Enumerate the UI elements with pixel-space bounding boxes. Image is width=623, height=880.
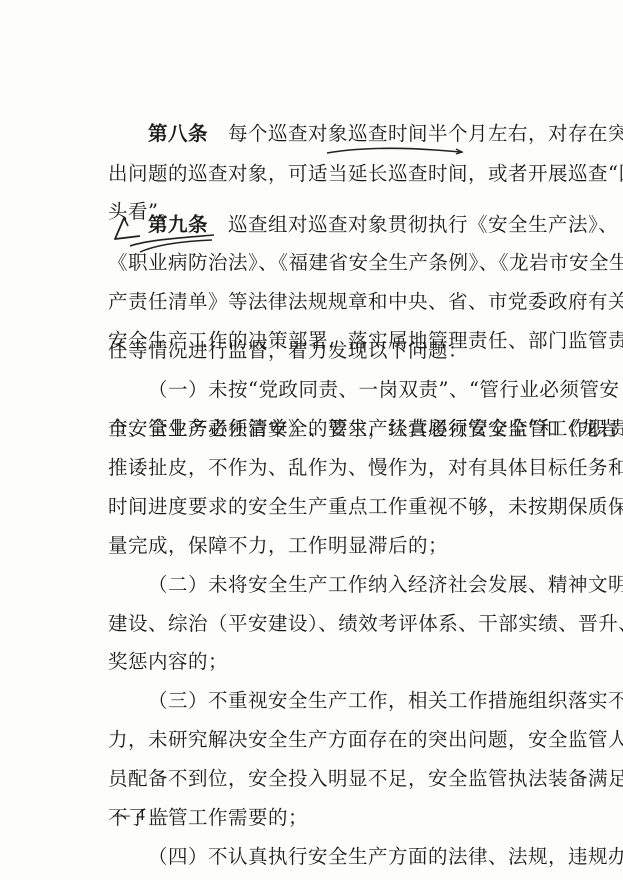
article-9-line-5: 任等情况进行监督，着力发现以下问题： [108,339,556,363]
article-9-line-2: 《职业病防治法》、《福建省安全生产条例》、《龙岩市安全生 [108,251,556,275]
page-number: — 4 — [113,804,169,826]
article-9-line-1: 第九条巡查组对巡查对象贯彻执行《安全生产法》、 [148,213,556,237]
item-3-line-4: 不了监管工作需要的； [108,806,556,830]
article-8-heading: 第八条 [148,122,208,145]
article-9-heading: 第九条 [148,213,208,236]
item-1-line-1: （一）未按“党政同责、一岗双责”、“管行业必须管安 [148,378,556,402]
article-8-line-2: 出问题的巡查对象，可适当延长巡查时间，或者开展巡查“回 [108,162,556,186]
item-1-line-4: 推诿扯皮，不作为、乱作为、慢作为，对有具体目标任务和 [108,456,556,480]
item-2-line-3: 奖惩内容的； [108,650,556,674]
item-3-line-1: （三）不重视安全生产工作，相关工作措施组织落实不 [148,689,556,713]
item-2-line-1: （二）未将安全生产工作纳入经济社会发展、精神文明 [148,573,556,597]
item-4-line-1: （四）不认真执行安全生产方面的法律、法规，违规办 [148,845,556,869]
article-8-line-1: 第八条每个巡查对象巡查时间半个月左右，对存在突 [148,122,556,146]
pen-wavy-underline [325,146,465,158]
item-2-line-2: 建设、综治（平安建设）、绩效考评体系、干部实绩、晋升、 [108,612,556,636]
item-1-line-5: 时间进度要求的安全生产重点工作重视不够，未按期保质保 [108,495,556,519]
document-page: 第八条每个巡查对象巡查时间半个月左右，对存在突 出问题的巡查对象，可适当延长巡查… [0,0,623,880]
item-1-line-3: 市安全生产责任清单》的要求，认真履行安全监管工作职责， [108,417,556,441]
item-3-line-3: 员配备不到位，安全投入明显不足，安全监管执法装备满足 [108,767,556,791]
article-9-line-3: 产责任清单》等法律法规规章和中央、省、市党委政府有关 [108,290,556,314]
item-1-line-6: 量完成，保障不力，工作明显滞后的； [108,534,556,558]
item-3-line-2: 力，未研究解决安全生产方面存在的突出问题，安全监管人 [108,728,556,752]
